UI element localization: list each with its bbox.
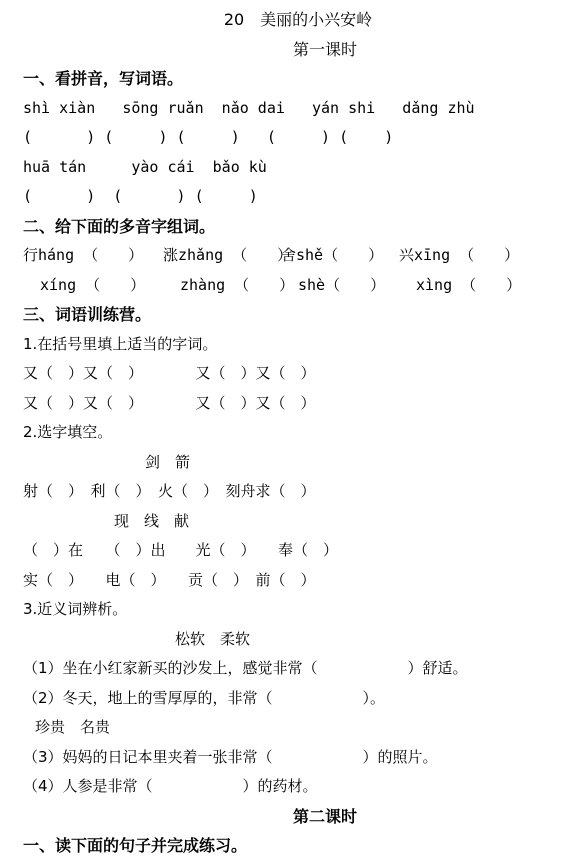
item3-label: 3.近义词辨析。 xyxy=(23,595,573,625)
section2-heading: 二、给下面的多音字组词。 xyxy=(23,212,573,242)
item3-question-3: （3）妈妈的日记本里夹着一张非常（ ）的照片。 xyxy=(23,743,573,773)
pinyin-row-1: shì xiàn sōng ruǎn nǎo dai yán shi dǎng … xyxy=(23,94,573,124)
polyphone-xing2: xíng （ ） xyxy=(23,271,163,301)
section1-heading: 一、看拼音，写词语。 xyxy=(23,64,573,94)
part2-title: 第二课时 xyxy=(23,802,573,832)
item2-blanks-row-3: 实（ ） 电（ ） 贡（ ） 前（ ） xyxy=(23,566,573,596)
polyphone-row-2: xíng （ ） zhàng （ ） shè（ ） xìng （ ） xyxy=(23,271,573,301)
worksheet-page: 20 美丽的小兴安岭 第一课时 一、看拼音，写词语。 shì xiàn sōng… xyxy=(0,0,583,861)
item3-choice-words-2: 珍贵 名贵 xyxy=(23,713,573,743)
polyphone-she2: shè（ ） xyxy=(281,271,399,301)
part1-title: 第一课时 xyxy=(23,35,573,65)
polyphone-hang: 行háng （ ） xyxy=(23,241,163,271)
section3-heading: 三、词语训练营。 xyxy=(23,300,573,330)
doc-title: 20 美丽的小兴安岭 xyxy=(23,5,573,35)
item3-question-2: （2）冬天，地上的雪厚厚的，非常（ ）。 xyxy=(23,684,573,714)
answer-blanks-row-2: ( ) ( ) ( ) xyxy=(23,182,573,212)
item2-label: 2.选字填空。 xyxy=(23,418,573,448)
polyphone-she: 舍shě（ ） xyxy=(281,241,399,271)
polyphone-xing: 兴xīng （ ） xyxy=(399,241,573,271)
polyphone-zhang: 涨zhǎng （ ） xyxy=(163,241,281,271)
item3-question-1: （1）坐在小红家新买的沙发上，感觉非常（ ）舒适。 xyxy=(23,654,573,684)
item2-blanks-row-1: 射（ ） 利（ ） 火（ ） 刻舟求（ ） xyxy=(23,477,573,507)
item2-blanks-row-2: （ ）在 （ ）出 光（ ） 奉（ ） xyxy=(23,536,573,566)
pinyin-row-2: huā tán yào cái bǎo kù xyxy=(23,153,573,183)
item3-choice-words-1: 松软 柔软 xyxy=(23,625,573,655)
polyphone-row-1: 行háng （ ） 涨zhǎng （ ） 舍shě（ ） 兴xīng （ ） xyxy=(23,241,573,271)
polyphone-zhang2: zhàng （ ） xyxy=(163,271,281,301)
part2-section1-heading: 一、读下面的句子并完成练习。 xyxy=(23,831,573,861)
answer-blanks-row-1: ( ) ( ) ( ) ( ) ( ) xyxy=(23,123,573,153)
item1-label: 1.在括号里填上适当的字词。 xyxy=(23,330,573,360)
item3-question-4: （4）人参是非常（ ）的药材。 xyxy=(23,772,573,802)
item1-blanks-row-1: 又（ ）又（ ） 又（ ）又（ ） xyxy=(23,359,573,389)
item2-choice-words-1: 剑 箭 xyxy=(23,448,573,478)
item1-blanks-row-2: 又（ ）又（ ） 又（ ）又（ ） xyxy=(23,389,573,419)
polyphone-xing4: xìng （ ） xyxy=(399,271,573,301)
item2-choice-words-2: 现 线 献 xyxy=(23,507,573,537)
